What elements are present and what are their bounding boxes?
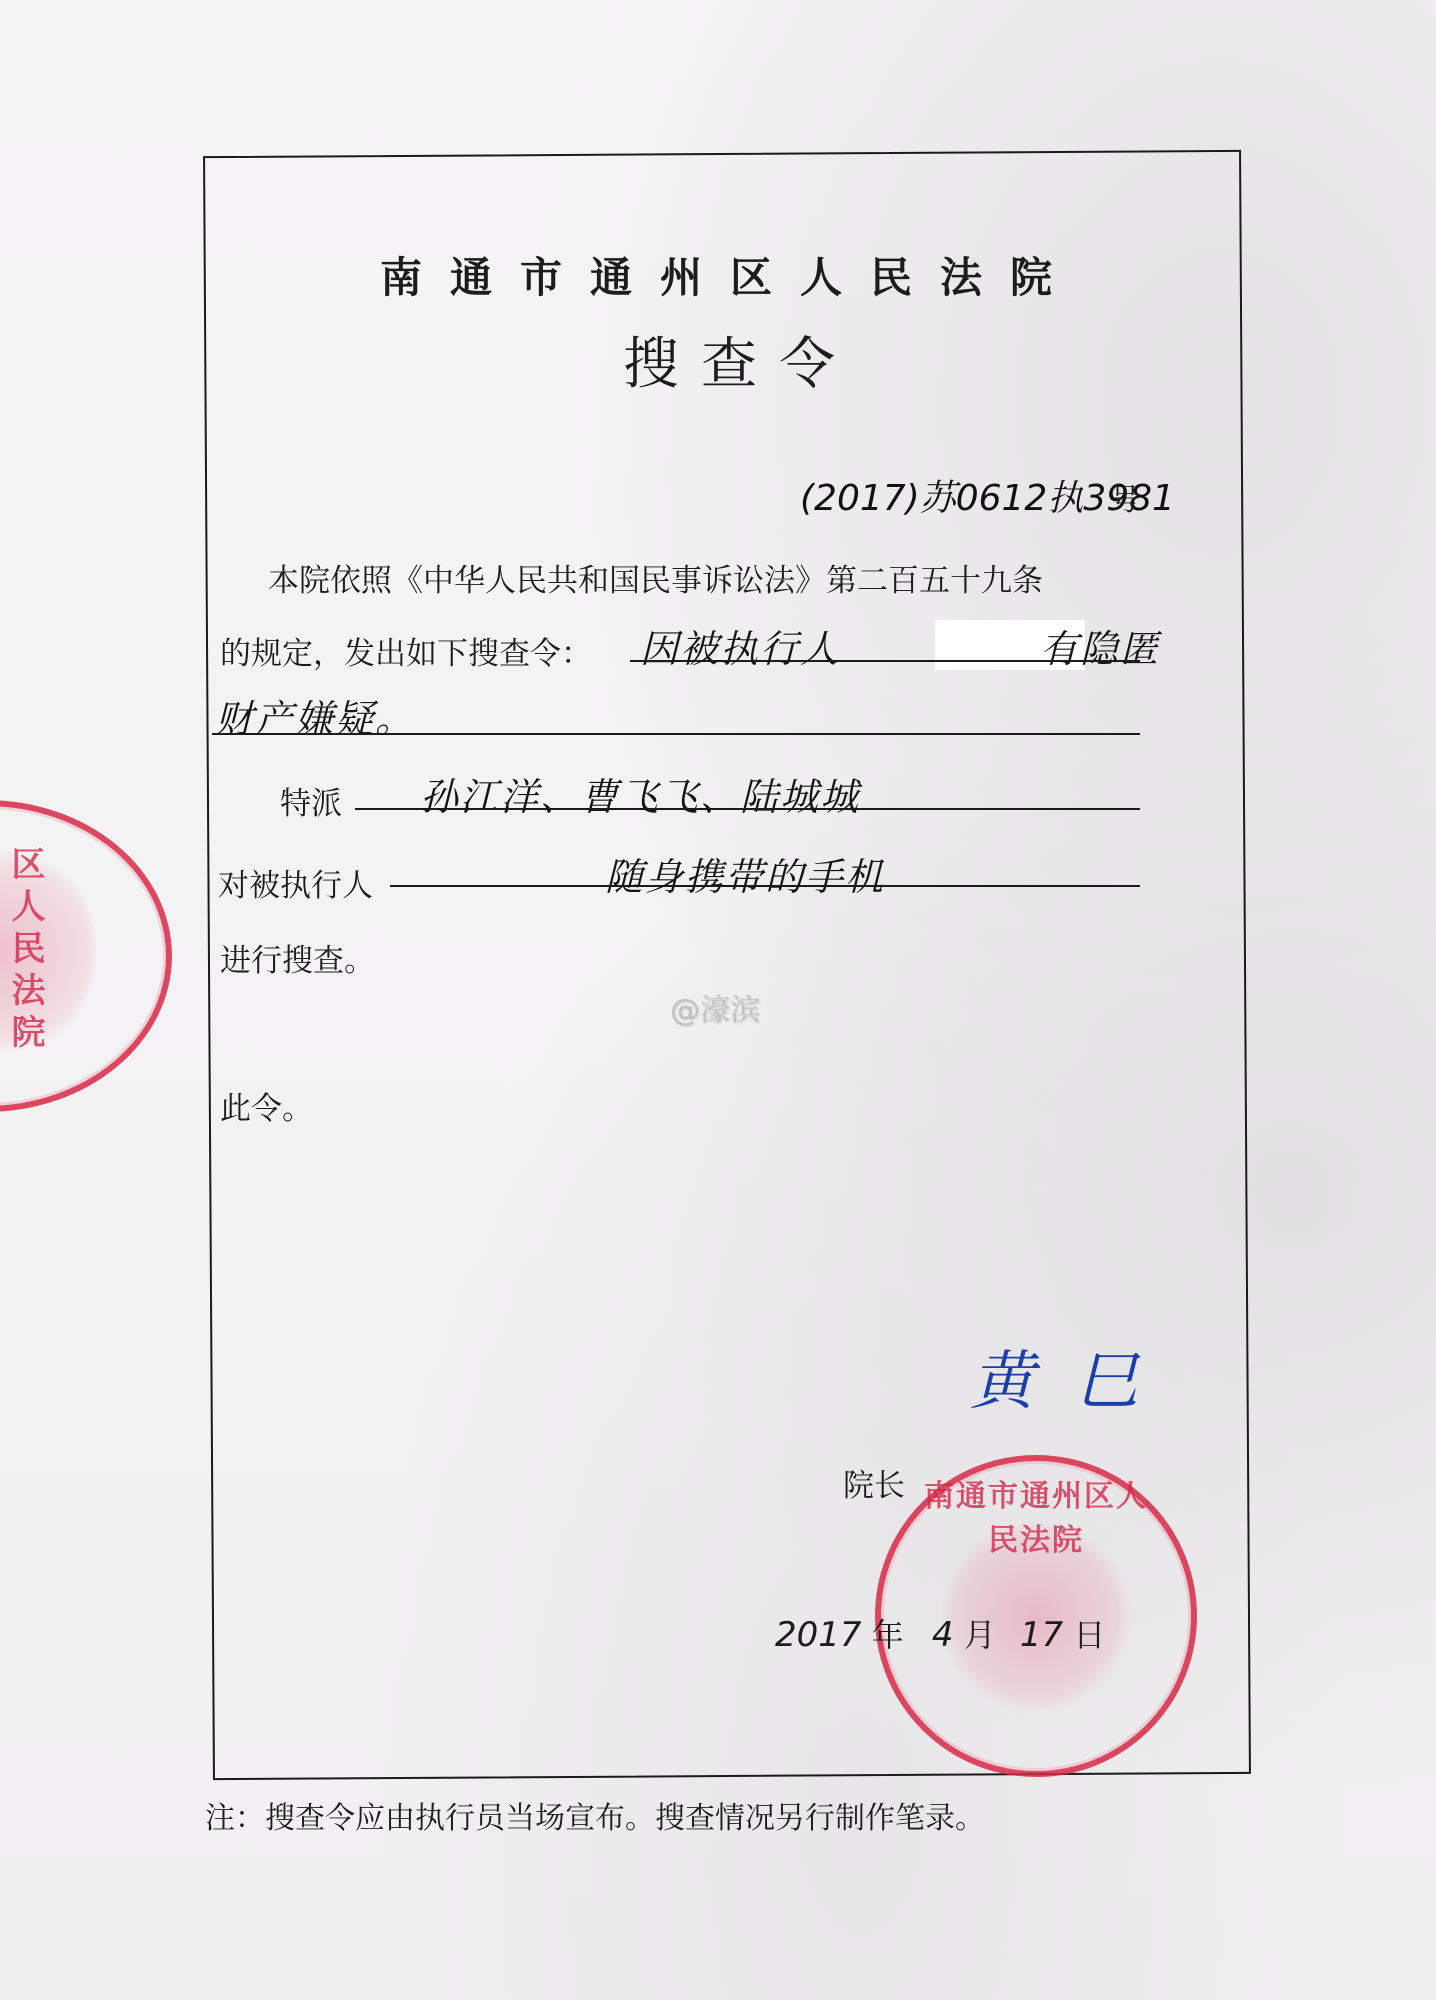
document-title: 搜查令 [610,320,870,400]
date-year-unit: 年 [872,1616,904,1654]
date-day-unit: 日 [1073,1616,1105,1654]
target-underline [390,885,1140,887]
body-line-1: 本院依照《中华人民共和国民事诉讼法》第二百五十九条 [268,555,1043,600]
watermark: @濠滨 [670,985,760,1029]
dispatch-handwritten: 孙江洋、曹飞飞、陆城城 [420,766,860,821]
dispatch-label: 特派 [280,778,342,823]
order-underline-1 [630,660,1140,662]
court-name: 南通市通州区人民法院 [370,245,1090,305]
date-month: 4 [932,1615,954,1655]
search-action: 进行搜查。 [220,935,375,980]
case-number-suffix: 号 [1110,475,1140,519]
target-handwritten: 随身携带的手机 [605,846,885,901]
body-line-2-prefix: 的规定，发出如下搜查令： [220,628,592,673]
footnote: 注：搜查令应由执行员当场宣布。搜查情况另行制作笔录。 [205,1793,985,1837]
president-signature: 黄巳 [970,1330,1178,1422]
left-seal-text: 区人民法院 [1,846,50,1056]
target-label: 对被执行人 [218,860,373,905]
issue-date: 2017 年 4 月 17 日 [775,1610,1105,1656]
closing: 此令。 [220,1083,313,1128]
order-handwritten-part2: 有隐匿 [1040,618,1160,673]
president-title: 院长 [843,1460,905,1505]
date-day: 17 [1020,1615,1063,1655]
right-seal-text: 南通市通州区人民法院 [911,1471,1161,1559]
dispatch-underline [355,808,1140,810]
order-handwritten-part1: 因被执行人 [640,618,840,673]
order-underline-2 [212,733,1140,735]
date-year: 2017 [775,1615,862,1655]
date-month-unit: 月 [964,1616,996,1654]
